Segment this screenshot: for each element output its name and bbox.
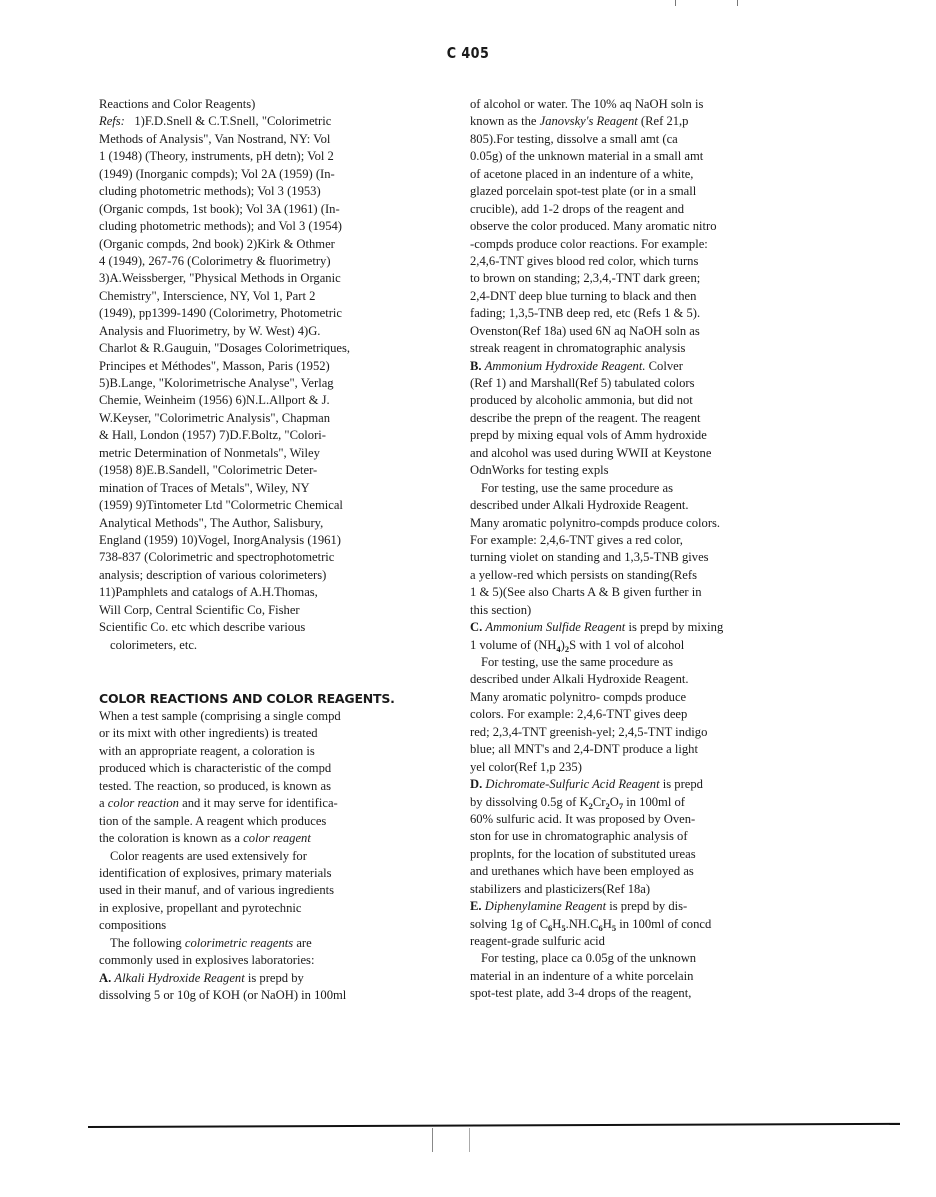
refs-line: 11)Pamphlets and catalogs of A.H.Thomas, [99,584,444,601]
reagent-b-line: (Ref 1) and Marshall(Ref 5) tabulated co… [470,375,790,392]
following-line: The following colorimetric reagents are [99,935,444,952]
reagent-e-line: reagent-grade sulfuric acid [470,933,790,950]
reagent-e-heading: E. Diphenylamine Reagent is prepd by dis… [470,898,790,915]
reagent-a-heading: A. Alkali Hydroxide Reagent is prepd by [99,970,444,987]
reagent-b-name: Ammonium Hydroxide Reagent. [485,359,646,373]
reagent-e-test-line: material in an indenture of a white porc… [470,968,790,985]
reagent-b-line: OdnWorks for testing expls [470,462,790,479]
reagent-c-label: C. [470,620,482,634]
reagent-b-test-line: For example: 2,4,6-TNT gives a red color… [470,532,790,549]
section-heading: COLOR REACTIONS AND COLOR REAGENTS. [99,690,444,708]
reagent-d-name: Dichromate-Sulfuric Acid Reagent [485,777,659,791]
continuation-line: Reactions and Color Reagents) [99,96,444,113]
refs-line: (1949), pp1399-1490 (Colorimetry, Photom… [99,305,444,322]
intro-line: tested. The reaction, so produced, is kn… [99,778,444,795]
scan-mark [675,0,676,6]
scan-mark [469,1128,470,1152]
reagent-b-test-line: described under Alkali Hydroxide Reagent… [470,497,790,514]
intro-line: a color reaction and it may serve for id… [99,795,444,812]
reagent-a-line: glazed porcelain spot-test plate (or in … [470,183,790,200]
refs-line: Chemistry", Interscience, NY, Vol 1, Par… [99,288,444,305]
reagent-d-heading: D. Dichromate-Sulfuric Acid Reagent is p… [470,776,790,793]
reagent-b-line: and alcohol was used during WWII at Keys… [470,445,790,462]
reagent-a-line: known as the Janovsky's Reagent (Ref 21,… [470,113,790,130]
reagent-c-formula-line: 1 volume of (NH4)2S with 1 vol of alcoho… [470,637,790,654]
reagent-a-line: of acetone placed in an indenture of a w… [470,166,790,183]
refs-line: 3)A.Weissberger, "Physical Methods in Or… [99,270,444,287]
reagent-a-label: A. [99,971,111,985]
reagent-d-line: proplnts, for the location of substitute… [470,846,790,863]
reagent-b-test-line: a yellow-red which persists on standing(… [470,567,790,584]
reagent-e-test-line: spot-test plate, add 3-4 drops of the re… [470,985,790,1002]
reagent-b-test-line: this section) [470,602,790,619]
uses-line: used in their manuf, and of various ingr… [99,882,444,899]
reagent-c-test-line: colors. For example: 2,4,6-TNT gives dee… [470,706,790,723]
intro-line: or its mixt with other ingredients) is t… [99,725,444,742]
reagent-a-line: 0.05g) of the unknown material in a smal… [470,148,790,165]
reagent-c-name: Ammonium Sulfide Reagent [485,620,625,634]
refs-line: cluding photometric methods); Vol 3 (195… [99,183,444,200]
spacer [99,654,444,690]
refs-line: 1 (1948) (Theory, instruments, pH detn);… [99,148,444,165]
refs-line: England (1959) 10)Vogel, InorgAnalysis (… [99,532,444,549]
reagent-c-test-line: blue; all MNT's and 2,4-DNT produce a li… [470,741,790,758]
reagent-a-line: Ovenston(Ref 18a) used 6N aq NaOH soln a… [470,323,790,340]
refs-line: (Organic compds, 1st book); Vol 3A (1961… [99,201,444,218]
reagent-c-test-line: red; 2,3,4-TNT greenish-yel; 2,4,5-TNT i… [470,724,790,741]
refs-line: (1959) 9)Tintometer Ltd "Colormetric Che… [99,497,444,514]
left-column: Reactions and Color Reagents) Refs: 1)F.… [99,96,444,1004]
refs-line: (1958) 8)E.B.Sandell, "Colorimetric Dete… [99,462,444,479]
reagent-a-line: of alcohol or water. The 10% aq NaOH sol… [470,96,790,113]
reagent-a-line: observe the color produced. Many aromati… [470,218,790,235]
refs-line: Analytical Methods", The Author, Salisbu… [99,515,444,532]
reagent-b-heading: B. Ammonium Hydroxide Reagent. Colver [470,358,790,375]
intro-line: with an appropriate reagent, a coloratio… [99,743,444,760]
refs-label: Refs: [99,114,125,128]
reagent-a-line: crucible), add 1-2 drops of the reagent … [470,201,790,218]
reagent-b-test-line: 1 & 5)(See also Charts A & B given furth… [470,584,790,601]
refs-line: 5)B.Lange, "Kolorimetrische Analyse", Ve… [99,375,444,392]
refs-line: W.Keyser, "Colorimetric Analysis", Chapm… [99,410,444,427]
reagent-e-formula-line: solving 1g of C6H5.NH.C6H5 in 100ml of c… [470,916,790,933]
refs-line: Charlot & R.Gauguin, "Dosages Colorimetr… [99,340,444,357]
reagent-a-line: fading; 1,3,5-TNB deep red, etc (Refs 1 … [470,305,790,322]
reagent-b-line: prepd by mixing equal vols of Amm hydrox… [470,427,790,444]
reagent-d-label: D. [470,777,482,791]
scan-mark [432,1128,433,1152]
reagent-d-line: stabilizers and plasticizers(Ref 18a) [470,881,790,898]
reagent-d-line: 60% sulfuric acid. It was proposed by Ov… [470,811,790,828]
refs-line: 4 (1949), 267-76 (Colorimetry & fluorime… [99,253,444,270]
following-line: commonly used in explosives laboratories… [99,952,444,969]
scan-mark [737,0,738,6]
refs-line: Methods of Analysis", Van Nostrand, NY: … [99,131,444,148]
refs-line: (1949) (Inorganic compds); Vol 2A (1959)… [99,166,444,183]
reagent-b-label: B. [470,359,482,373]
reagent-c-test-line: yel color(Ref 1,p 235) [470,759,790,776]
intro-line: tion of the sample. A reagent which prod… [99,813,444,830]
term-colorimetric-reagents: colorimetric reagents [185,936,293,950]
reagent-d-line: and urethanes which have been employed a… [470,863,790,880]
refs-line: metric Determination of Nonmetals", Wile… [99,445,444,462]
reagent-b-line: produced by alcoholic ammonia, but did n… [470,392,790,409]
refs-line: & Hall, London (1957) 7)D.F.Boltz, "Colo… [99,427,444,444]
reagent-a-name: Alkali Hydroxide Reagent [114,971,244,985]
right-column: of alcohol or water. The 10% aq NaOH sol… [470,96,790,1003]
refs-line: 738-837 (Colorimetric and spectrophotome… [99,549,444,566]
uses-line: compositions [99,917,444,934]
intro-line: the coloration is known as a color reage… [99,830,444,847]
reagent-c-test-line: For testing, use the same procedure as [470,654,790,671]
refs-line: mination of Traces of Metals", Wiley, NY [99,480,444,497]
reagent-a-line: 805).For testing, dissolve a small amt (… [470,131,790,148]
refs-line: (Organic compds, 2nd book) 2)Kirk & Othm… [99,236,444,253]
reagent-a-line: to brown on standing; 2,3,4,-TNT dark gr… [470,270,790,287]
term-janovsky-reagent: Janovsky's Reagent [540,114,638,128]
reagent-b-line: describe the prepn of the reagent. The r… [470,410,790,427]
uses-line: in explosive, propellant and pyrotechnic [99,900,444,917]
reagent-a-line: 2,4,6-TNT gives blood red color, which t… [470,253,790,270]
reagent-b-test-line: Many aromatic polynitro-compds produce c… [470,515,790,532]
refs-line-1: Refs: 1)F.D.Snell & C.T.Snell, "Colorime… [99,113,444,130]
reagent-e-label: E. [470,899,482,913]
uses-line: Color reagents are used extensively for [99,848,444,865]
reagent-b-test-line: turning violet on standing and 1,3,5-TNB… [470,549,790,566]
uses-line: identification of explosives, primary ma… [99,865,444,882]
refs-line: Scientific Co. etc which describe variou… [99,619,444,636]
reagent-c-test-line: described under Alkali Hydroxide Reagent… [470,671,790,688]
reagent-a-line: -compds produce color reactions. For exa… [470,236,790,253]
reagent-d-formula-line: by dissolving 0.5g of K2Cr2O7 in 100ml o… [470,794,790,811]
reagent-a-line: 2,4-DNT deep blue turning to black and t… [470,288,790,305]
reagent-a-line: streak reagent in chromatographic analys… [470,340,790,357]
reagent-e-name: Diphenylamine Reagent [485,899,606,913]
term-color-reagent: color reagent [243,831,311,845]
intro-line: When a test sample (comprising a single … [99,708,444,725]
refs-line: Chemie, Weinheim (1956) 6)N.L.Allport & … [99,392,444,409]
reagent-d-line: ston for use in chromatographic analysis… [470,828,790,845]
refs-line: cluding photometric methods); and Vol 3 … [99,218,444,235]
reagent-c-heading: C. Ammonium Sulfide Reagent is prepd by … [470,619,790,636]
reagent-e-test-line: For testing, place ca 0.05g of the unkno… [470,950,790,967]
intro-line: produced which is characteristic of the … [99,760,444,777]
reagent-a-line: dissolving 5 or 10g of KOH (or NaOH) in … [99,987,444,1004]
term-color-reaction: color reaction [108,796,179,810]
refs-line: Will Corp, Central Scientific Co, Fisher [99,602,444,619]
refs-line: Analysis and Fluorimetry, by W. West) 4)… [99,323,444,340]
page-number: C 405 [70,44,866,62]
reagent-b-test-line: For testing, use the same procedure as [470,480,790,497]
refs-line: Principes et Méthodes", Masson, Paris (1… [99,358,444,375]
footer-rule [88,1123,900,1128]
refs-line: colorimeters, etc. [99,637,444,654]
refs-line: analysis; description of various colorim… [99,567,444,584]
reagent-c-test-line: Many aromatic polynitro- compds produce [470,689,790,706]
